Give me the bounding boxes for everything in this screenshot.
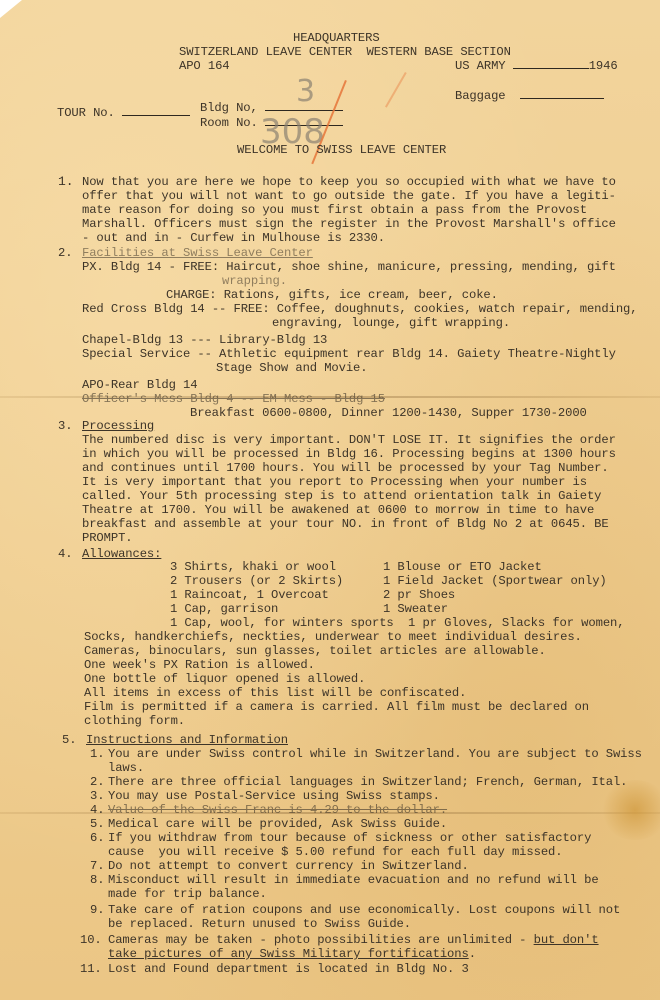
- info-item-number: 6.: [90, 831, 104, 845]
- info-item-text: cause you will receive $ 5.00 refund for…: [108, 845, 562, 859]
- tour-no-field: TOUR No.: [57, 106, 190, 120]
- px-free-cont: wrapping.: [222, 274, 287, 288]
- info-item-number: 11.: [80, 962, 102, 976]
- section-3-line: breakfast and assemble at your tour NO. …: [82, 517, 609, 531]
- info-item-number: 1.: [90, 747, 104, 761]
- allowance-item: 1 Cap, wool, for winters sports 1 pr Glo…: [170, 616, 624, 630]
- info-item-text: Misconduct will result in immediate evac…: [108, 873, 599, 887]
- special-service-cont: Stage Show and Movie.: [216, 361, 368, 375]
- section-4-line: All items in excess of this list will be…: [84, 686, 466, 700]
- page-title: WELCOME TO SWISS LEAVE CENTER: [237, 143, 446, 157]
- info-item-text: be replaced. Return unused to Swiss Guid…: [108, 917, 411, 931]
- section-3-line: It is very important that you report to …: [82, 475, 587, 489]
- baggage-blank: [520, 89, 604, 99]
- info-item-text: made for trip balance.: [108, 887, 267, 901]
- info-item-text: You are under Swiss control while in Swi…: [108, 747, 642, 761]
- info-item-text: Value of the Swiss Franc is 4.29 to the …: [108, 803, 447, 817]
- special-service-line: Special Service -- Athletic equipment re…: [82, 347, 616, 361]
- section-4-line: clothing form.: [84, 714, 185, 728]
- orange-pencil-mark: [385, 72, 407, 108]
- info-item-number: 5.: [90, 817, 104, 831]
- px-free-line: PX. Bldg 14 - FREE: Haircut, shoe shine,…: [82, 260, 616, 274]
- header-leave-center: SWITZERLAND LEAVE CENTER WESTERN BASE SE…: [179, 45, 511, 59]
- allowance-item: 2 pr Shoes: [383, 588, 455, 602]
- allowance-item: 1 Sweater: [383, 602, 448, 616]
- info-item-number: 10.: [80, 933, 102, 947]
- allowance-item: 1 Raincoat, 1 Overcoat: [170, 588, 329, 602]
- info-item-number: 8.: [90, 873, 104, 887]
- section-4-line: Socks, handkerchiefs, neckties, underwea…: [84, 630, 582, 644]
- info-item-text: You may use Postal-Service using Swiss s…: [108, 789, 440, 803]
- water-stain: [600, 780, 660, 840]
- allowance-item: 1 Cap, garrison: [170, 602, 278, 616]
- info-item-text: laws.: [108, 761, 144, 775]
- section-3-line: in which you will be processed in Bldg 1…: [82, 447, 616, 461]
- apo-line: APO-Rear Bldg 14: [82, 378, 197, 392]
- red-cross-cont: engraving, lounge, gift wrapping.: [272, 316, 510, 330]
- section-1-line: offer that you will not want to go outsi…: [82, 189, 616, 203]
- section-3-line: Theatre at 1700. You will be awakened at…: [82, 503, 594, 517]
- section-3-heading: Processing: [82, 419, 154, 433]
- section-number: 2.: [58, 246, 72, 260]
- baggage-field: Baggage: [455, 89, 604, 103]
- date-field: [513, 59, 589, 69]
- allowance-item: 1 Blouse or ETO Jacket: [383, 560, 542, 574]
- info-item-text: Take care of ration coupons and use econ…: [108, 903, 620, 917]
- handwritten-bldg-number: 3: [296, 74, 315, 109]
- section-4-line: Cameras, binoculars, sun glasses, toilet…: [84, 644, 546, 658]
- section-3-line: and continues until 1700 hours. You will…: [82, 461, 609, 475]
- info-item-text: Cameras may be taken - photo possibiliti…: [108, 933, 599, 947]
- section-2-heading: Facilities at Swiss Leave Center: [82, 246, 313, 260]
- header-us-army: US ARMY 1946: [455, 59, 618, 73]
- info-item-number: 9.: [90, 903, 104, 917]
- info-item-text: There are three official languages in Sw…: [108, 775, 627, 789]
- section-5-heading: Instructions and Information: [86, 733, 288, 747]
- info-item-number: 2.: [90, 775, 104, 789]
- section-4-line: Film is permitted if a camera is carried…: [84, 700, 589, 714]
- chapel-line: Chapel-Bldg 13 --- Library-Bldg 13: [82, 333, 327, 347]
- section-1-line: - out and in - Curfew in Mulhouse is 233…: [82, 231, 385, 245]
- header-year: 1946: [589, 59, 618, 73]
- info-item-number: 4.: [90, 803, 104, 817]
- section-4-line: One bottle of liquor opened is allowed.: [84, 672, 365, 686]
- info-item-text: take pictures of any Swiss Military fort…: [108, 947, 476, 961]
- tour-no-blank: [122, 106, 190, 116]
- section-3-line: PROMPT.: [82, 531, 133, 545]
- torn-corner: [0, 0, 22, 18]
- info-item-number: 3.: [90, 789, 104, 803]
- section-4-heading: Allowances:: [82, 547, 161, 561]
- header-apo: APO 164: [179, 59, 230, 73]
- section-1-line: Marshall. Officers must sign the registe…: [82, 217, 616, 231]
- allowance-item: 3 Shirts, khaki or wool: [170, 560, 336, 574]
- document-page: HEADQUARTERS SWITZERLAND LEAVE CENTER WE…: [0, 0, 660, 1000]
- allowance-item: 2 Trousers (or 2 Skirts): [170, 574, 343, 588]
- allowance-item: 1 Field Jacket (Sportwear only): [383, 574, 607, 588]
- section-4-line: One week's PX Ration is allowed.: [84, 658, 315, 672]
- section-number: 4.: [58, 547, 72, 561]
- header-headquarters: HEADQUARTERS: [293, 31, 380, 45]
- info-item-text: Do not attempt to convert currency in Sw…: [108, 859, 469, 873]
- meal-times: Breakfast 0600-0800, Dinner 1200-1430, S…: [190, 406, 587, 420]
- section-3-line: The numbered disc is very important. DON…: [82, 433, 616, 447]
- info-item-text: Lost and Found department is located in …: [108, 962, 469, 976]
- info-item-text: Medical care will be provided, Ask Swiss…: [108, 817, 447, 831]
- red-cross-line: Red Cross Bldg 14 -- FREE: Coffee, dough…: [82, 302, 637, 316]
- info-item-text: If you withdraw from tour because of sic…: [108, 831, 591, 845]
- mess-line: Officer's Mess Bldg 4 -- EM Mess - Bldg …: [82, 392, 385, 406]
- section-1-line: mate reason for doing so you must first …: [82, 203, 587, 217]
- section-number: 5.: [62, 733, 76, 747]
- section-1-line: Now that you are here we hope to keep yo…: [82, 175, 616, 189]
- section-3-line: called. Your 5th processing step is to a…: [82, 489, 601, 503]
- info-item-number: 7.: [90, 859, 104, 873]
- section-number: 1.: [58, 175, 73, 189]
- section-number: 3.: [58, 419, 72, 433]
- px-charge-line: CHARGE: Rations, gifts, ice cream, beer,…: [166, 288, 498, 302]
